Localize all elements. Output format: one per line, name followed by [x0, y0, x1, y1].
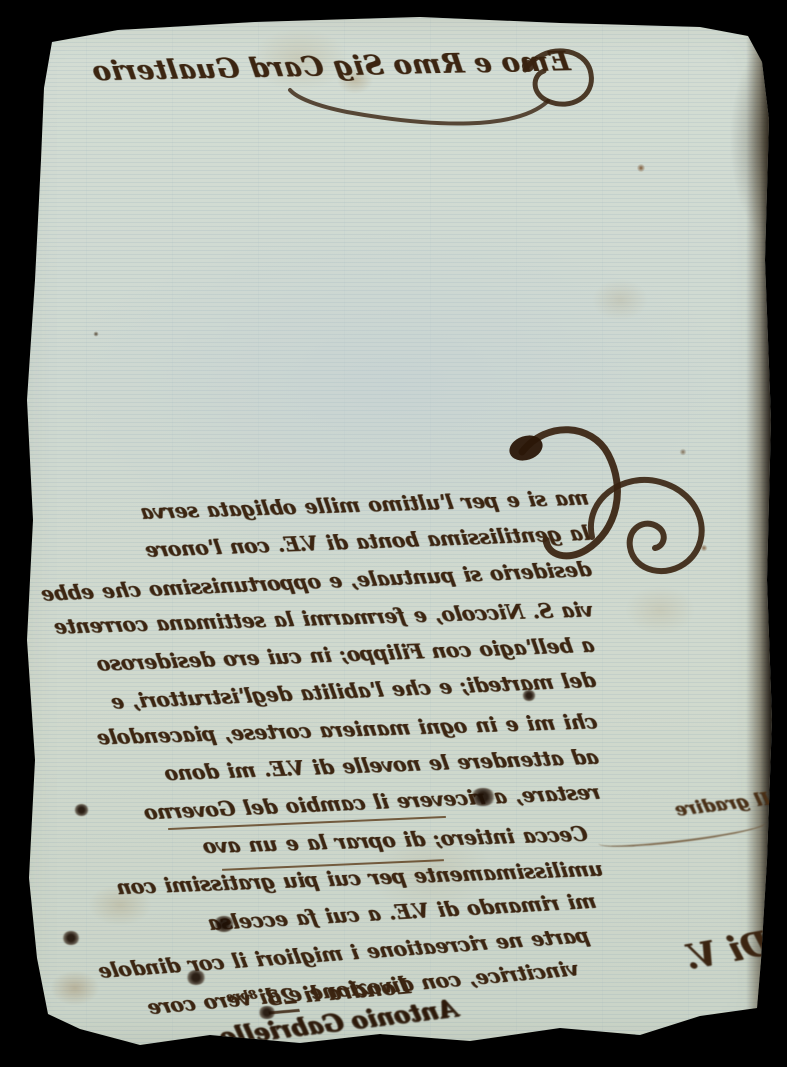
ink-blot [258, 1006, 276, 1019]
mirrored-text-container: ma si e per l'ultimo mille obligata serv… [48, 477, 608, 1021]
dateline-month: 8bre [225, 988, 259, 1004]
ink-blot [74, 804, 89, 816]
header-swash-flourish [285, 38, 610, 128]
manuscript-paper-sheet: Emo e Rmo Sig Card Gualterio ma si e per… [0, 0, 787, 1067]
ink-blot [186, 970, 206, 985]
photograph-background: Emo e Rmo Sig Card Gualterio ma si e per… [0, 0, 787, 1067]
ink-blot [470, 788, 496, 806]
manuscript-body-block: ma si e per l'ultimo mille obligata serv… [48, 477, 608, 1021]
ink-blot [213, 916, 235, 932]
ink-blot [62, 931, 80, 945]
valediction-mark: Di V. [596, 904, 777, 1012]
ink-blot [522, 690, 536, 701]
